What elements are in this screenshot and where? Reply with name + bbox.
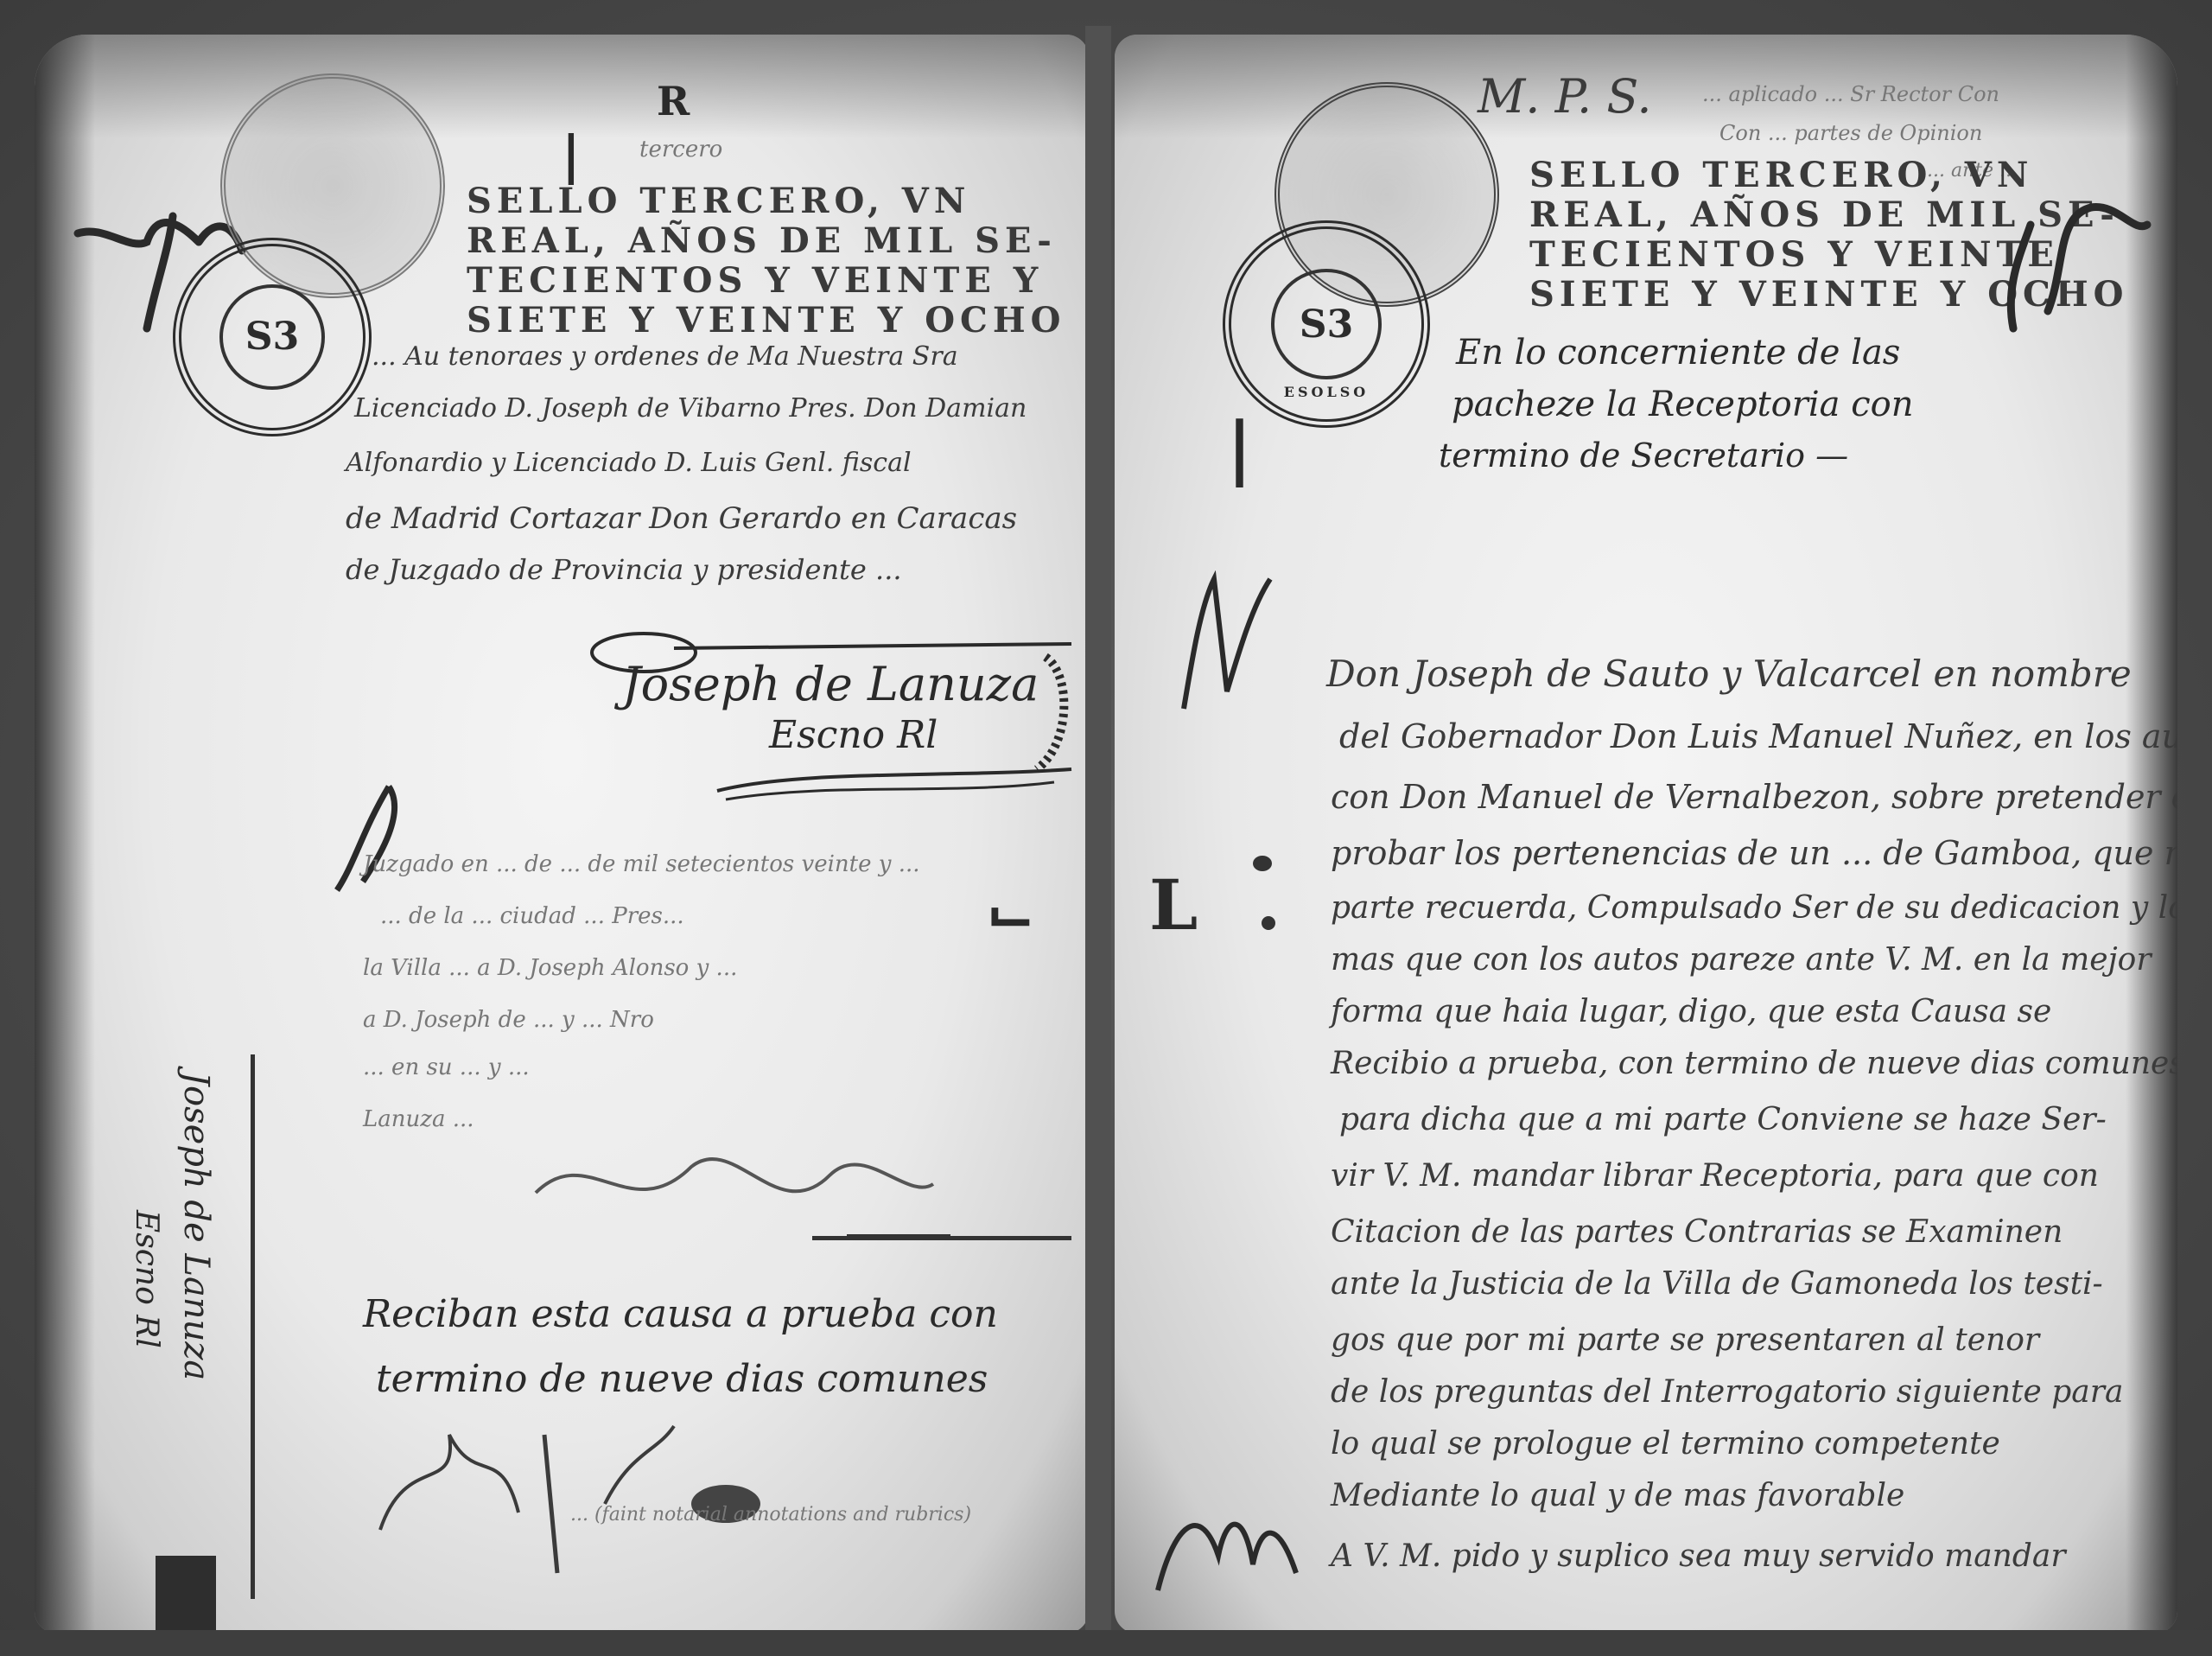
- bottom-notes: ... (faint notarial annotations and rubr…: [570, 1504, 971, 1525]
- top-mark: M. P. S.: [1478, 69, 1652, 124]
- dot: [1253, 856, 1272, 871]
- scan-bottom-edge: [0, 1630, 2212, 1656]
- petition-line: parte recuerda, Compulsado Ser de su ded…: [1331, 890, 2177, 926]
- book-gutter: [1085, 26, 1111, 1651]
- petition-line: ante la Justicia de la Villa de Gamoneda…: [1331, 1266, 2103, 1302]
- margin-signature: Joseph de Lanuza: [176, 1072, 216, 1380]
- decree-line: Juzgado en ... de ... de mil setecientos…: [363, 851, 920, 877]
- decree-line: ... en su ... y ...: [363, 1054, 530, 1080]
- ink-stroke: |: [1227, 406, 1252, 487]
- top-faded-line: Con ... partes de Opinion: [1719, 121, 1982, 145]
- stamp-line-2: Real, Años de mil se-: [467, 221, 1066, 261]
- stamp-line-4: siete y veinte y ocho: [467, 301, 1066, 341]
- dot: [1262, 916, 1275, 930]
- stamp-line-3: tecientos y veinte y: [467, 261, 1066, 301]
- decree-line: ... de la ... ciudad ... Pres...: [380, 903, 684, 929]
- intro-line: pacheze la Receptoria con: [1452, 385, 1913, 424]
- right-page: M. P. S. ... aplicado ... Sr Rector Con …: [1115, 35, 2177, 1634]
- margin-mark: L: [1149, 864, 1198, 946]
- petition-line: gos que por mi parte se presentaren al t…: [1331, 1322, 2039, 1358]
- body-line: Licenciado D. Joseph de Vibarno Pres. Do…: [354, 393, 1027, 424]
- ink-hook-icon: [1996, 182, 2152, 337]
- petition-line: para dicha que a mi parte Conviene se ha…: [1339, 1102, 2107, 1137]
- decree-2-line: termino de nueve dias comunes: [376, 1357, 988, 1401]
- top-shadow: [35, 35, 1089, 138]
- petition-line: Mediante lo qual y de mas favorable: [1331, 1478, 1904, 1513]
- stamp-seal-icon: S3 ESOLSO: [1223, 220, 1430, 428]
- petition-line: de los preguntas del Interrogatorio sigu…: [1331, 1374, 2123, 1410]
- petition-line: lo qual se prologue el termino competent…: [1331, 1426, 2000, 1462]
- top-faded-line: ... aplicado ... Sr Rector Con: [1702, 82, 1999, 106]
- petition-line: Citacion de las partes Contrarias se Exa…: [1331, 1214, 2063, 1250]
- initial-n-flourish-icon: [1166, 570, 1287, 717]
- bracket-mark: ⌙: [985, 877, 1036, 949]
- seal-center: S3: [219, 284, 325, 390]
- divider-line: [812, 1236, 1071, 1240]
- petition-line: A V. M. pido y suplico sea muy servido m…: [1331, 1538, 2066, 1574]
- intro-line: termino de Secretario —: [1439, 436, 1848, 475]
- ink-stroke: |: [562, 125, 581, 186]
- body-line: de Juzgado de Provincia y presidente ...: [346, 553, 902, 586]
- top-mark: R: [657, 78, 690, 124]
- decree-2-line: Reciban esta causa a prueba con: [363, 1292, 998, 1336]
- stamp-line-1: Sello Tercero, Vn: [467, 182, 1066, 221]
- petition-line: Recibio a prueba, con termino de nueve d…: [1331, 1046, 2177, 1081]
- margin-signature-title: Escno Rl: [129, 1210, 164, 1348]
- petition-line: probar los pertenencias de un ... de Gam…: [1331, 834, 2177, 872]
- decree-line: a D. Joseph de ... y ... Nro: [363, 1007, 654, 1033]
- left-page: S3 R tercero | Sello Tercero, Vn Real, A…: [35, 35, 1089, 1634]
- decree-initial-icon: [328, 778, 432, 899]
- petition-line: Don Joseph de Sauto y Valcarcel en nombr…: [1326, 653, 2132, 695]
- rubric-icon: [518, 1106, 950, 1245]
- margin-signature-name: Joseph de Lanuza: [176, 1072, 216, 1380]
- body-line: de Madrid Cortazar Don Gerardo en Caraca…: [346, 501, 1017, 536]
- stamp-header: Sello Tercero, Vn Real, Años de mil se- …: [467, 182, 1066, 341]
- petition-line: vir V. M. mandar librar Receptoria, para…: [1331, 1158, 2099, 1194]
- body-line: ... Au tenoraes y ordenes de Ma Nuestra …: [372, 341, 958, 372]
- petition-line: con Don Manuel de Vernalbezon, sobre pre…: [1331, 778, 2177, 816]
- decree-line: Lanuza ...: [363, 1106, 474, 1132]
- signature-name: Joseph de Lanuza: [622, 657, 1039, 711]
- petition-line: mas que con los autos pareze ante V. M. …: [1331, 942, 2152, 978]
- intro-line: En lo concerniente de las: [1456, 333, 1900, 373]
- margin-signature-title-wrap: Escno Rl: [129, 1210, 164, 1348]
- top-small-text: tercero: [639, 137, 722, 162]
- seal-ring-text: ESOLSO: [1284, 384, 1369, 400]
- seal-center: S3: [1271, 269, 1382, 379]
- margin-rule: [251, 1054, 255, 1599]
- body-line: Alfonardio y Licenciado D. Luis Genl. fi…: [346, 448, 912, 478]
- petition-line: forma que haia lugar, digo, que esta Cau…: [1331, 994, 2051, 1029]
- decree-line: la Villa ... a D. Joseph Alonso y ...: [363, 955, 737, 981]
- initial-flourish-icon: [1149, 1487, 1322, 1616]
- dark-tab: [156, 1556, 216, 1634]
- stamp-seal-icon: S3: [173, 238, 372, 436]
- signature-title: Escno Rl: [769, 713, 938, 757]
- notary-signature: Joseph de Lanuza Escno Rl: [588, 622, 1089, 812]
- petition-line: del Gobernador Don Luis Manuel Nuñez, en…: [1339, 717, 2177, 755]
